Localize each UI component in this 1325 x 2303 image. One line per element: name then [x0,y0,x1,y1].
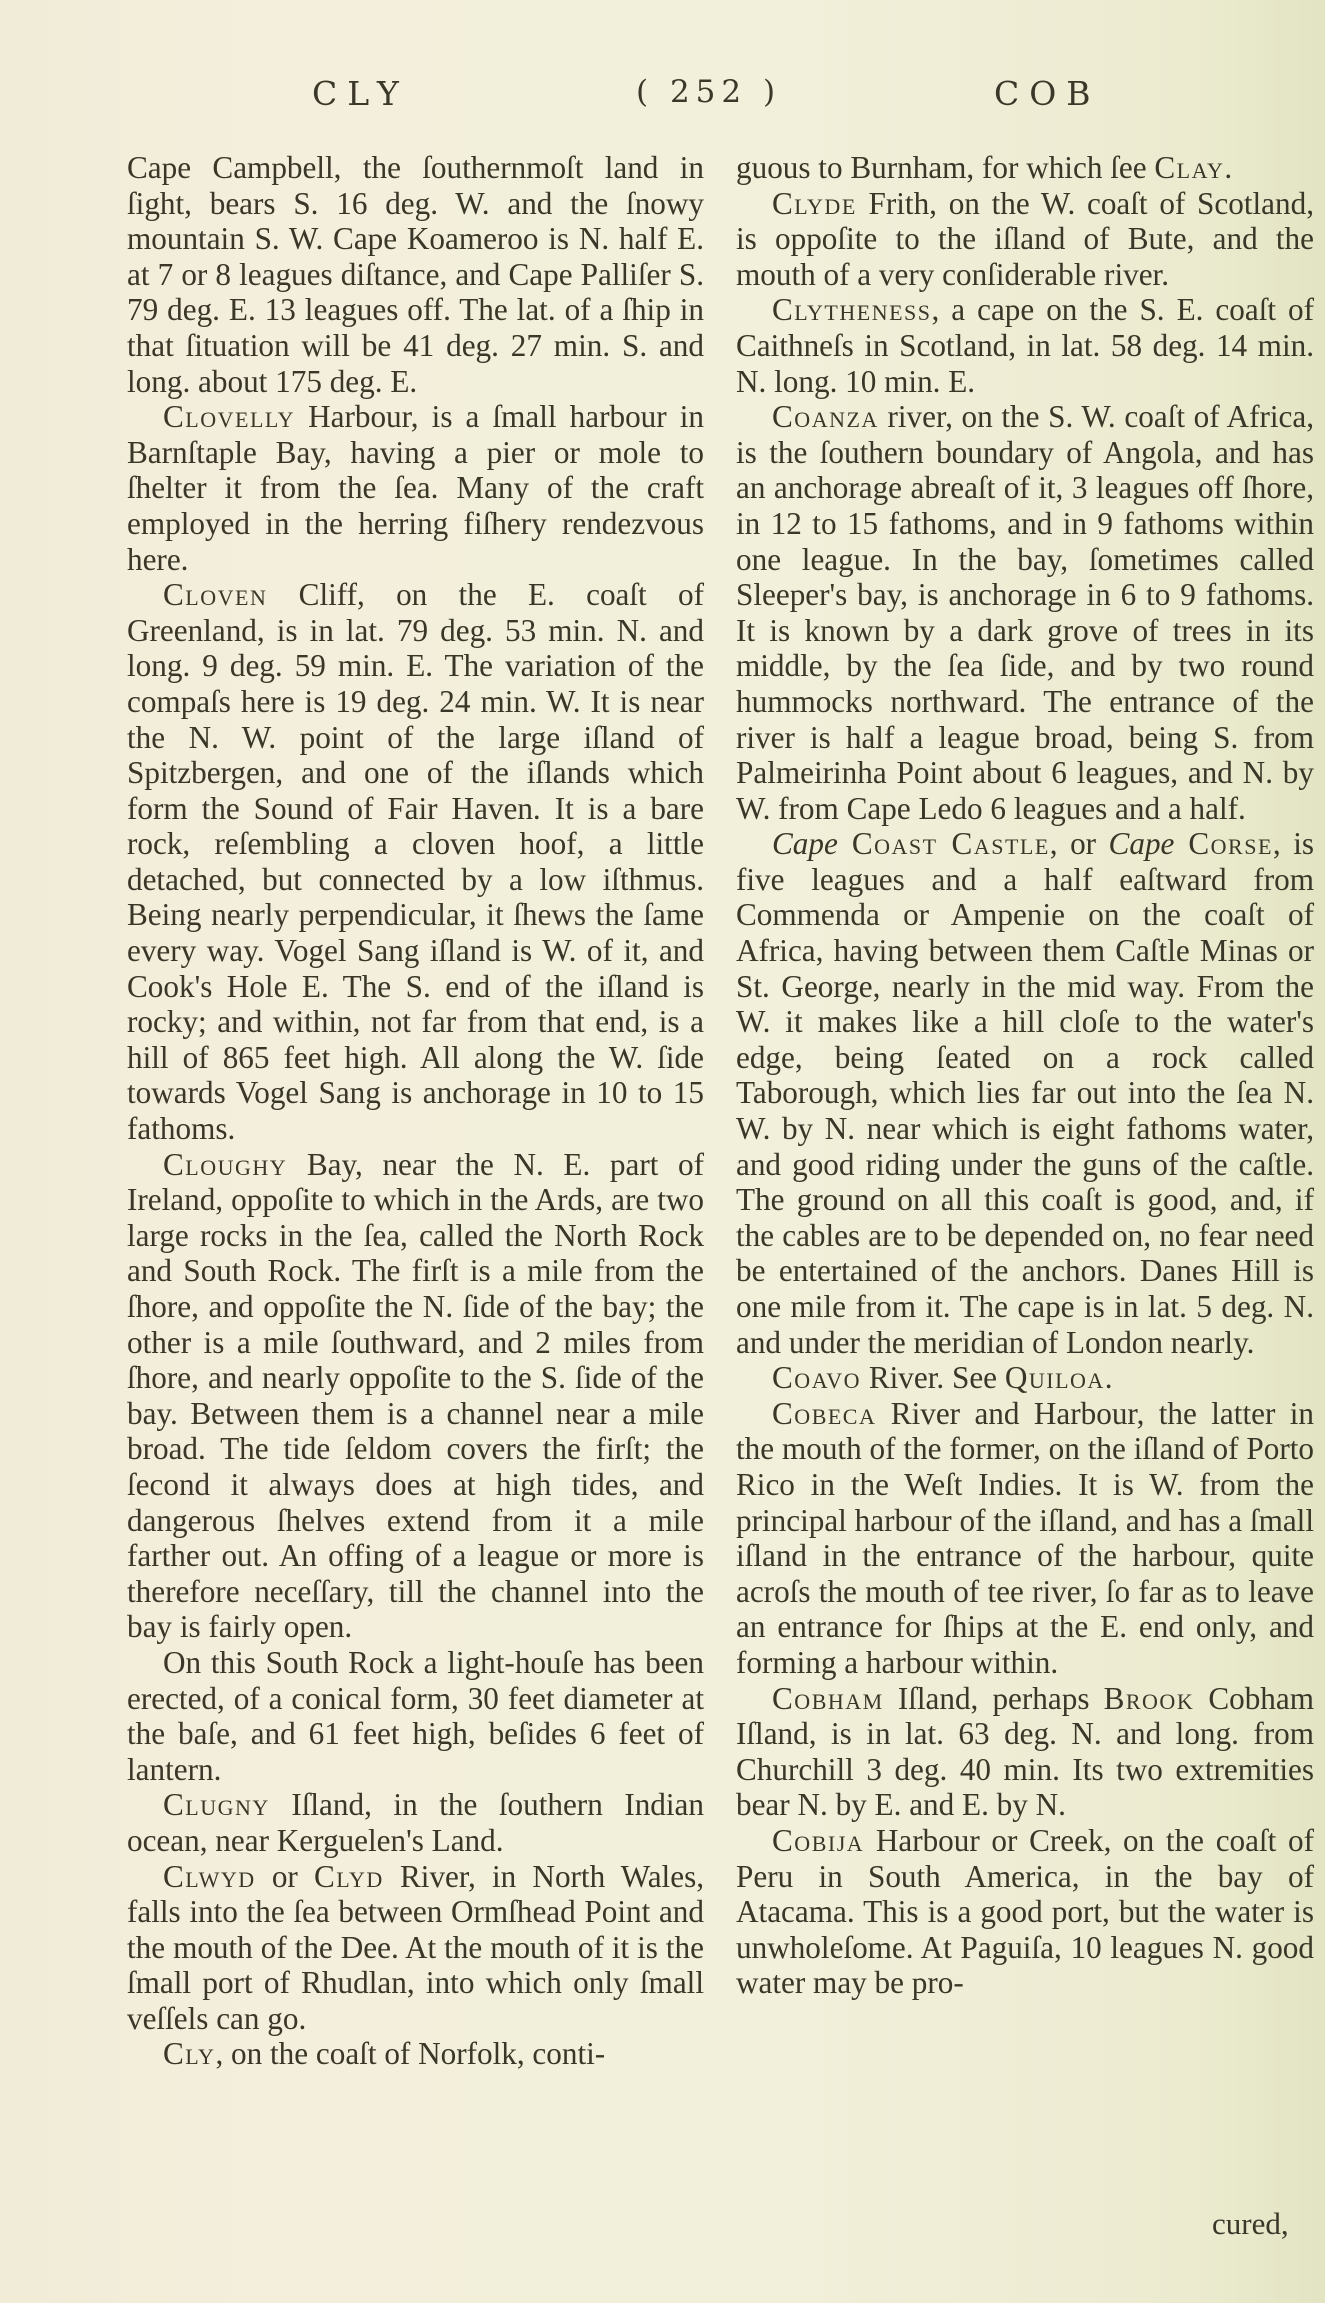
entry-cloven: Cloven Cliff, on the E. coaſt of Greenla… [127,577,704,1147]
entry-cloughy: Cloughy Bay, near the N. E. part of Irel… [127,1147,704,1645]
book-page: CLY ( 252 ) COB Cape Campbell, the ſouth… [0,0,1325,2303]
headword: Cloven [163,577,267,612]
headword: Cobija [772,1823,864,1858]
right-column: guous to Burnham, for which ſee Clay. Cl… [736,150,1314,2001]
headword: Cly [163,2036,215,2071]
entry-cobija: Cobija Harbour or Creek, on the coaſt of… [736,1823,1314,2001]
entry-clugny: Clugny Iſland, in the ſouthern Indian oc… [127,1787,704,1858]
headword: Brook [1104,1681,1195,1716]
entry-continuation: Cape Campbell, the ſouthernmoſt land in … [127,150,704,399]
headword: Cloughy [163,1147,287,1182]
headword: Coavo [772,1360,861,1395]
catchword: cured, [1212,2206,1289,2242]
cross-reference: Quiloa [1005,1360,1105,1395]
headword: Clwyd [163,1859,256,1894]
headword: Corse [1174,826,1273,861]
left-column: Cape Campbell, the ſouthernmoſt land in … [127,150,704,2072]
entry-cobeca: Cobeca River and Harbour, the latter in … [736,1396,1314,1681]
entry-clwyd: Clwyd or Clyd River, in North Wales, fal… [127,1859,704,2037]
headword: Clovelly [163,399,295,434]
entry-cly: Cly, on the coaſt of Norfolk, conti- [127,2036,704,2072]
headword: Clytheness [772,292,932,327]
entry-cape-coast-castle: Cape Coast Castle, or Cape Corse, is fiv… [736,826,1314,1360]
page-number: ( 252 ) [636,74,781,110]
entry-continuation: guous to Burnham, for which ſee Clay. [736,150,1314,186]
entry-cobham: Cobham Iſland, perhaps Brook Cobham Iſla… [736,1681,1314,1823]
entry-clyde: Clyde Frith, on the W. coaſt of Scotland… [736,186,1314,293]
running-head-left: CLY [312,74,409,113]
entry-clytheness: Clytheness, a cape on the S. E. coaſt of… [736,292,1314,399]
headword: Cobham [772,1681,884,1716]
entry-coavo: Coavo River. See Quiloa. [736,1360,1314,1396]
headword: Clyde [772,186,857,221]
entry-clovelly: Clovelly Harbour, is a ſmall harbour in … [127,399,704,577]
paragraph-south-rock: On this South Rock a light-houſe has bee… [127,1645,704,1787]
headword: Cobeca [772,1396,876,1431]
entry-coanza: Coanza river, on the S. W. coaſt of Afri… [736,399,1314,826]
running-head-right: COB [994,74,1101,113]
headword: Clyd [314,1859,384,1894]
headword: Coast Castle [838,826,1050,861]
running-head: CLY ( 252 ) COB [0,74,1325,124]
headword: Clugny [163,1787,270,1822]
headword: Coanza [772,399,879,434]
headword: Clay [1154,150,1224,185]
